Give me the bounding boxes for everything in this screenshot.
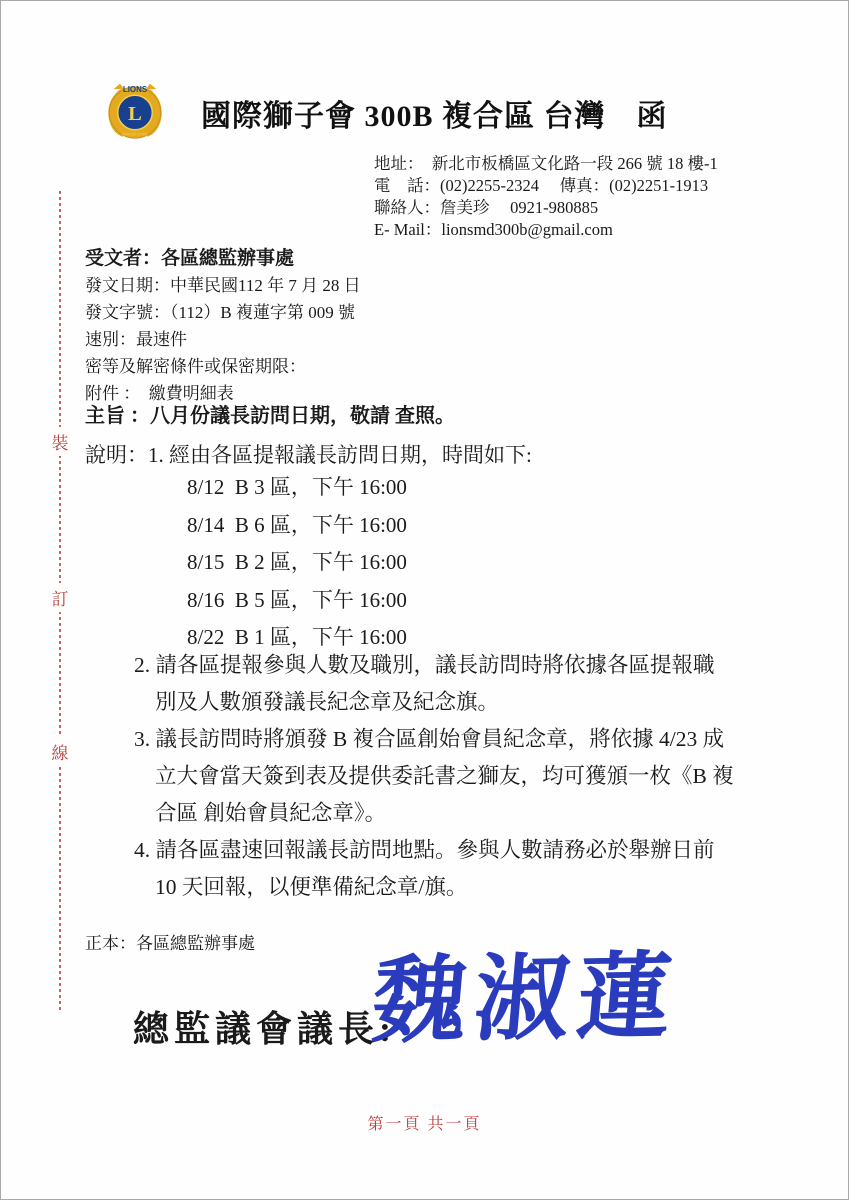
issue-date-line: 發文日期：中華民國112 年 7 月 28 日	[85, 272, 361, 299]
visit-schedule-list: 8/12 B 3 區，下午 16:00 8/14 B 6 區，下午 16:00 …	[187, 469, 407, 657]
contact-email: E- Mail：lionsmd300b@gmail.com	[374, 219, 718, 241]
document-meta-block: 受文者：各區總監辦事處 發文日期：中華民國112 年 7 月 28 日 發文字號…	[85, 245, 361, 407]
explanation-intro: 說明：1. 經由各區提報議長訪問日期，時間如下:	[85, 439, 532, 469]
original-copy-line: 正本：各區總監辦事處	[85, 929, 255, 954]
subject-line: 主旨 ：八月份議長訪問日期，敬請 查照。	[85, 399, 455, 428]
item-4-line: 4. 請各區盡速回報議長訪問地點。參與人數請務必於舉辦日前	[134, 832, 734, 869]
document-title: 國際獅子會 300B 複合區 台灣 函	[201, 91, 668, 135]
confidentiality-line: 密等及解密條件或保密期限：	[85, 353, 361, 380]
binding-char-ding: 訂	[50, 583, 70, 612]
logo-top-text: LIONS	[123, 85, 147, 94]
item-3-line: 合區 創始會員紀念章》。	[155, 795, 734, 832]
item-4-line: 10 天回報，以便準備紀念章/旗。	[155, 869, 734, 906]
explanation-items: 2. 請各區提報參與人數及職別，議長訪問時將依據各區提報職 別及人數頒發議長紀念…	[134, 647, 734, 906]
priority-line: 速別：最速件	[85, 326, 361, 353]
item-3-line: 立大會當天簽到表及提供委託書之獅友，均可獲頒一枚《B 複	[155, 758, 734, 795]
logo-bottom-text: INTERNATIONAL	[122, 132, 149, 136]
contact-address: 地址： 新北市板橋區文化路一段 266 號 18 樓-1	[374, 153, 718, 175]
lions-club-logo-icon: LIONS L INTERNATIONAL	[107, 76, 163, 149]
schedule-line: 8/16 B 5 區，下午 16:00	[187, 582, 407, 620]
contact-block: 地址： 新北市板橋區文化路一段 266 號 18 樓-1 電 話：(02)225…	[374, 153, 718, 241]
page-number-footer: 第一頁 共一頁	[1, 1111, 848, 1134]
recipient-line: 受文者：各區總監辦事處	[85, 245, 361, 272]
schedule-line: 8/14 B 6 區，下午 16:00	[187, 507, 407, 545]
item-2-line: 2. 請各區提報參與人數及職別，議長訪問時將依據各區提報職	[134, 647, 734, 684]
signer-title: 總監議會議長:	[133, 1001, 396, 1052]
logo-center-letter: L	[128, 103, 142, 125]
contact-person: 聯絡人：詹美珍 0921-980885	[374, 197, 718, 219]
item-3-line: 3. 議長訪問時將頒發 B 複合區創始會員紀念章，將依據 4/23 成	[134, 721, 734, 758]
binding-char-zhuang: 裝	[50, 427, 70, 456]
contact-phone-fax: 電 話：(02)2255-2324 傳真：(02)2251-1913	[374, 175, 718, 197]
item-2-line: 別及人數頒發議長紀念章及紀念旗。	[155, 684, 734, 721]
issue-number-line: 發文字號：（112）B 複蓮字第 009 號	[85, 299, 361, 326]
document-page: 裝 訂 線 LIONS L INTERNATIONAL 國際獅子會 300B 複…	[0, 0, 849, 1200]
schedule-line: 8/15 B 2 區，下午 16:00	[187, 544, 407, 582]
binding-char-xian: 線	[50, 737, 70, 766]
signature-stamp: 魏淑蓮	[367, 936, 684, 1061]
schedule-line: 8/12 B 3 區，下午 16:00	[187, 469, 407, 507]
